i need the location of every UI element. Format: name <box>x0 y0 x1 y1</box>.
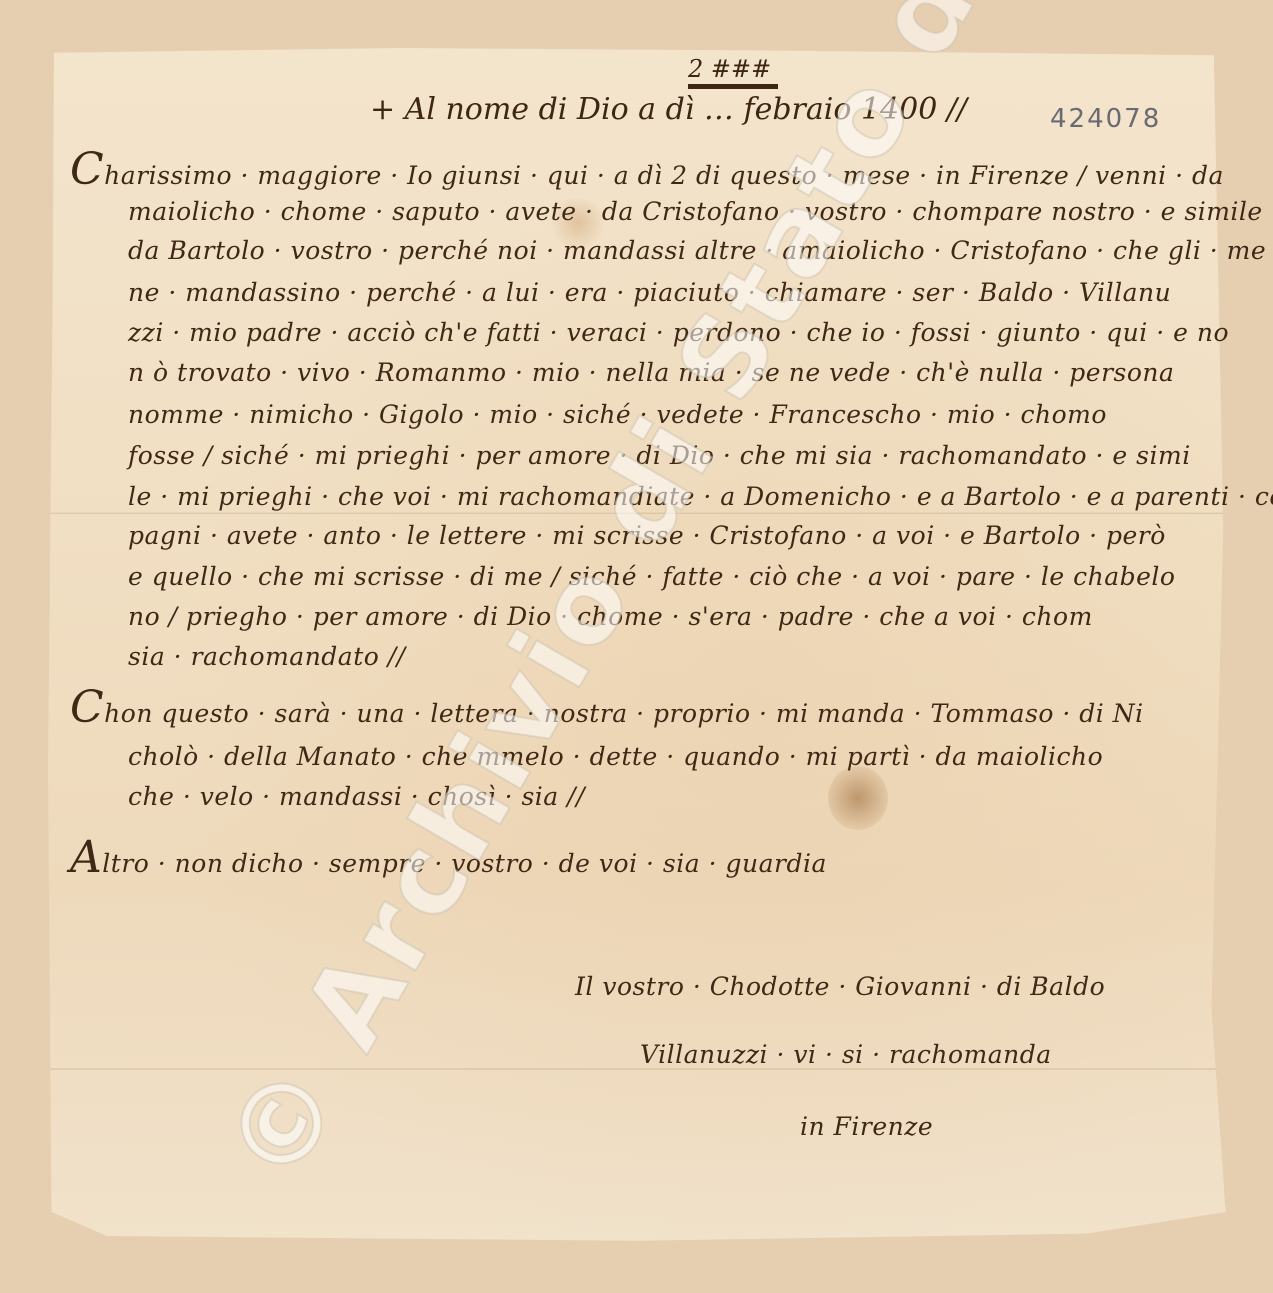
decorated-initial: A <box>70 832 102 883</box>
ink-stain <box>828 766 888 830</box>
text-line: cholò · della Manato · che mmelo · dette… <box>128 742 1103 771</box>
struck-out-mark: 2 ### <box>688 58 778 89</box>
text-line: da Bartolo · vostro · perché noi · manda… <box>128 236 1266 265</box>
text-line: ne · mandassino · perché · a lui · era ·… <box>128 278 1171 307</box>
text-line: sia · rachomandato // <box>128 642 406 671</box>
signature-line: Il vostro · Chodotte · Giovanni · di Bal… <box>575 972 1105 1001</box>
text-line: maiolicho · chome · saputo · avete · da … <box>128 197 1263 226</box>
signature-place: in Firenze <box>800 1112 933 1141</box>
decorated-initial: C <box>70 144 104 195</box>
text-line: Charissimo · maggiore · Io giunsi · qui … <box>70 148 1224 192</box>
text-line: Chon questo · sarà · una · lettera · nos… <box>70 686 1144 730</box>
decorated-initial: C <box>70 682 104 733</box>
archive-number: 424078 <box>1050 104 1161 134</box>
signature-line: Villanuzzi · vi · si · rachomanda <box>640 1040 1052 1069</box>
